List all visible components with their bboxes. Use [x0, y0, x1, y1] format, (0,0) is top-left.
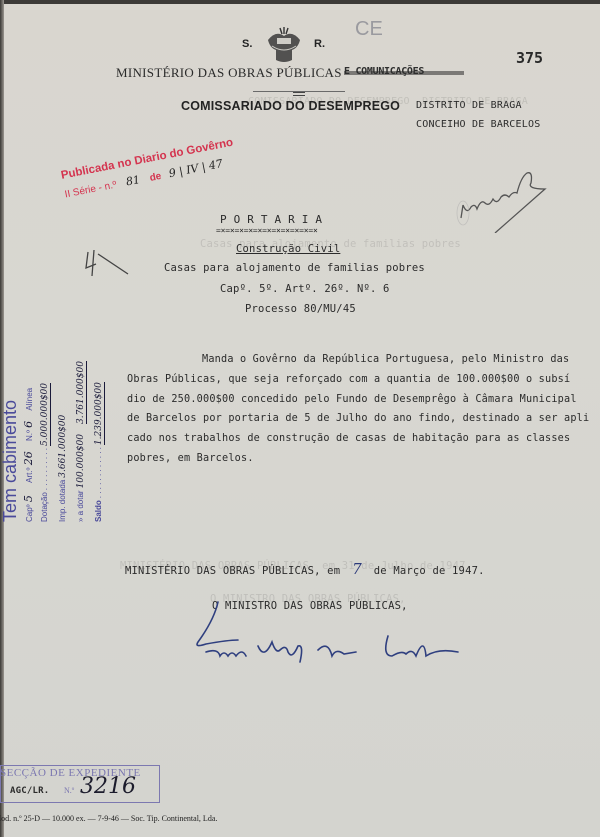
body-line-1: Manda o Govêrno da República Portuguesa,… [202, 350, 569, 370]
cabimento-cap-value: 5 [22, 495, 35, 502]
publication-date-label: de [149, 171, 163, 184]
portaria-title: PORTARIA [220, 213, 329, 226]
cabimento-row-dotacao: Dotação . . . . . . . . . . 5.000.000$00 [40, 383, 50, 522]
municipality: CONCEIHO DE BARCELOS [416, 119, 540, 130]
budget-reference: Capº. 5º. Artº. 26º. Nº. 6 [220, 283, 390, 295]
letterhead-initial-s: S. [242, 38, 252, 50]
expediente-ref: AGC/LR. [10, 786, 49, 796]
strikethrough-bar [344, 71, 464, 75]
minister-signature [188, 600, 478, 670]
publication-issue-number: 81 [125, 173, 141, 188]
cabimento-row-imp-dotada: Imp. dotada 3.661.000$00 [58, 415, 68, 522]
body-line-6: pobres, em Barcelos. [127, 449, 254, 469]
portaria-ornament: =×=×=×=×=×=×=×=×=×=×=× [216, 226, 318, 235]
letterhead-initial-r: R. [314, 38, 325, 50]
process-number: Processo 80/MU/45 [245, 303, 356, 315]
publication-stamp: Publicada no Diario do Govêrno II Série … [60, 137, 238, 203]
cabimento-a-dotar-value: 100.000$00 [76, 434, 86, 488]
cabimento-stamp-title: Tem cabimento [0, 400, 21, 522]
body-line-4: de Barcelos por portaria de 5 de Julho d… [127, 409, 589, 429]
cabimento-a-dotar-total: 3.761.000$00 [76, 361, 87, 424]
publication-series-label: II Série - n.º [64, 180, 118, 201]
place-date-suffix: de Março de 1947. [374, 565, 485, 577]
ministry-name: MINISTÉRIO DAS OBRAS PÚBLICAS [116, 65, 342, 81]
letterhead-double-rule [293, 92, 305, 96]
expediente-n-label: N.º [64, 786, 74, 795]
cabimento-saldo-value: 1.239.000$00 [94, 382, 105, 445]
document-page: COMISSARIADO DO DESEMPREGO DISTRITO DE B… [0, 0, 600, 837]
body-line-3: dio de 250.000$00 concedido pelo Fundo d… [127, 390, 577, 410]
coat-of-arms-icon [262, 26, 306, 64]
portaria-subject: Construção Civil [236, 243, 340, 255]
place-date-prefix: MINISTÉRIO DAS OBRAS PÚBLICAS, em [125, 565, 340, 577]
body-line-5: cado nos trabalhos de construção de casa… [127, 429, 570, 449]
page-number: 375 [516, 49, 543, 67]
cabimento-row-a-dotar: » a dotar 100.000$00 3.761.000$00 [76, 361, 86, 522]
place-date-line: MINISTÉRIO DAS OBRAS PÚBLICAS, em 7 de M… [125, 560, 485, 579]
cabimento-imp-dotada-value: 3.661.000$00 [58, 415, 68, 478]
cabimento-dotacao-value: 5.000.000$00 [40, 383, 51, 446]
initials-signature [455, 163, 565, 233]
portaria-description: Casas para alojamento de familias pobres [164, 262, 425, 274]
print-footer: Mod. n.º 25-D — 10.000 ex. — 7-9-46 — So… [0, 814, 217, 823]
pencil-note: CE [355, 18, 383, 41]
cabimento-n-value: 6 [22, 421, 35, 428]
expediente-number: 3216 [80, 774, 136, 799]
scan-top-edge [0, 0, 600, 4]
district: DISTRITO DE BRAGA [416, 100, 522, 111]
department-name: COMISSARIADO DO DESEMPREGO [181, 99, 400, 113]
body-line-2: Obras Públicas, que seja reforçado com a… [127, 370, 570, 390]
cabimento-initials [82, 248, 132, 278]
cabimento-row-saldo: Saldo . . . . . . . . . . . . 1.239.000$… [94, 382, 104, 522]
publication-date: 9 | IV | 47 [168, 157, 224, 180]
handwritten-day: 7 [352, 560, 362, 578]
cabimento-art-value: 26 [22, 451, 35, 465]
cabimento-row-cap: Capº 5 Art.º 26 N.º 6 Alínea [22, 388, 35, 522]
